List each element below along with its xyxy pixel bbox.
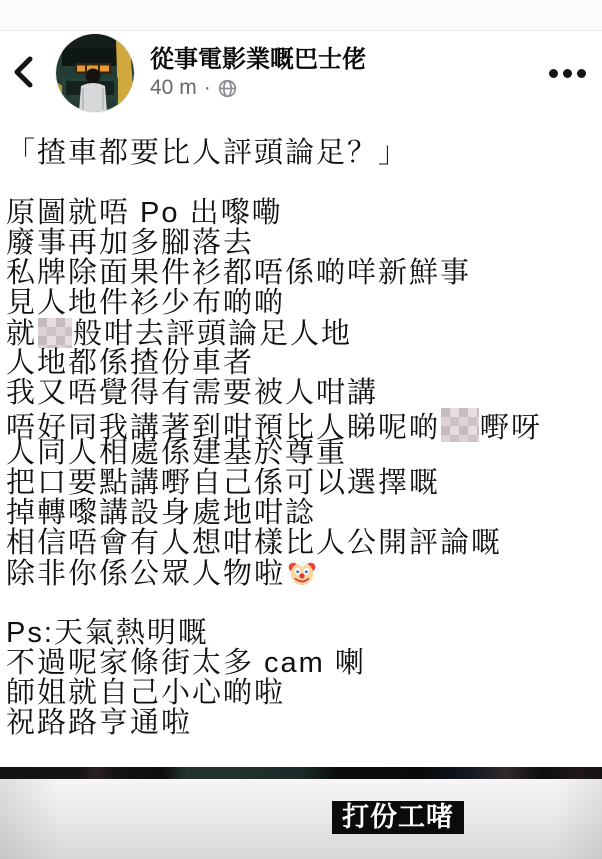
post-text: 原圖就唔 Po 出嚟嘞 xyxy=(6,197,283,229)
avatar[interactable] xyxy=(56,34,134,112)
post-line: 我又唔覺得有需要被人咁講 xyxy=(6,378,596,408)
post-line xyxy=(6,168,596,198)
post-meta: 40 m · xyxy=(150,76,547,100)
post-text: 相信唔會有人想咁樣比人公開評論嘅 xyxy=(6,527,502,559)
timestamp: 40 m xyxy=(150,76,197,100)
post-text: 般咁去評頭論足人地 xyxy=(73,318,352,350)
post-text: 嘢呀 xyxy=(480,412,542,444)
post-line: 把口要點講嘢自己係可以選擇嘅 xyxy=(6,468,596,498)
post-text: Ps:天氣熱明嘅 xyxy=(6,617,209,649)
post-line: 掉轉嚟講設身處地咁諗 xyxy=(6,498,596,528)
post-line: 「揸車都要比人評頭論足？」 xyxy=(6,138,596,168)
post-line: Ps:天氣熱明嘅 xyxy=(6,618,596,648)
post-text: 祝路路亨通啦 xyxy=(6,707,192,739)
clown-face-emoji xyxy=(287,558,317,588)
censored-blur-block xyxy=(38,318,72,348)
post-text: 「揸車都要比人評頭論足？」 xyxy=(6,137,409,169)
post-text: 人同人相處係建基於尊重 xyxy=(6,437,347,469)
chevron-left-icon xyxy=(10,55,36,92)
post-line: 相信唔會有人想咁樣比人公開評論嘅 xyxy=(6,528,596,558)
status-bar-strip xyxy=(0,0,602,31)
bus-photo-avatar-image xyxy=(56,34,134,112)
post-line: 見人地件衫少布啲啲 xyxy=(6,288,596,318)
post-line: 唔好同我講著到咁預比人睇呢啲嘢呀 xyxy=(6,408,596,438)
post-text: 不過呢家條街太多 cam 喇 xyxy=(6,647,366,679)
post-header: 從事電影業嘅巴士佬 40 m · xyxy=(0,31,602,115)
censored-blur-block xyxy=(441,408,479,442)
facebook-post-screen: 從事電影業嘅巴士佬 40 m · 「揸車都要比人評頭論足？」原圖就唔 Po 出嚟… xyxy=(0,0,602,859)
post-text: 我又唔覺得有需要被人咁講 xyxy=(6,377,378,409)
post-text: 掉轉嚟講設身處地咁諗 xyxy=(6,497,316,529)
post-text: 把口要點講嘢自己係可以選擇嘅 xyxy=(6,467,440,499)
header-text-block: 從事電影業嘅巴士佬 40 m · xyxy=(150,46,547,101)
post-body: 「揸車都要比人評頭論足？」原圖就唔 Po 出嚟嘞廢事再加多腳落去私牌除面果件衫都… xyxy=(0,115,602,738)
post-line: 除非你係公眾人物啦 xyxy=(6,558,596,588)
post-text: 除非你係公眾人物啦 xyxy=(6,558,285,590)
more-options-button[interactable] xyxy=(547,63,588,84)
post-line: 師姐就自己小心啲啦 xyxy=(6,678,596,708)
post-text: 就 xyxy=(6,318,37,350)
post-text: 私牌除面果件衫都唔係啲咩新鮮事 xyxy=(6,257,471,289)
post-line: 就般咁去評頭論足人地 xyxy=(6,318,596,348)
post-text: 人地都係揸份車者 xyxy=(6,347,254,379)
post-line: 不過呢家條街太多 cam 喇 xyxy=(6,648,596,678)
post-line: 原圖就唔 Po 出嚟嘞 xyxy=(6,198,596,228)
post-text: 師姐就自己小心啲啦 xyxy=(6,677,285,709)
dot-icon xyxy=(563,69,572,78)
video-frame-edge xyxy=(0,767,602,779)
post-text: 廢事再加多腳落去 xyxy=(6,227,254,259)
meta-separator: · xyxy=(204,76,211,100)
video-subtitle: 打份工啫 xyxy=(332,801,464,834)
post-line: 人地都係揸份車者 xyxy=(6,348,596,378)
dot-icon xyxy=(549,69,558,78)
post-text: 見人地件衫少布啲啲 xyxy=(6,287,285,319)
back-button[interactable] xyxy=(10,55,36,92)
video-frame-background: 打份工啫 xyxy=(0,779,602,859)
post-line: 廢事再加多腳落去 xyxy=(6,228,596,258)
post-line xyxy=(6,588,596,618)
globe-privacy-icon xyxy=(218,79,237,98)
dot-icon xyxy=(577,69,586,78)
profile-name[interactable]: 從事電影業嘅巴士佬 xyxy=(150,46,547,74)
post-line: 祝路路亨通啦 xyxy=(6,708,596,738)
post-line: 私牌除面果件衫都唔係啲咩新鮮事 xyxy=(6,258,596,288)
